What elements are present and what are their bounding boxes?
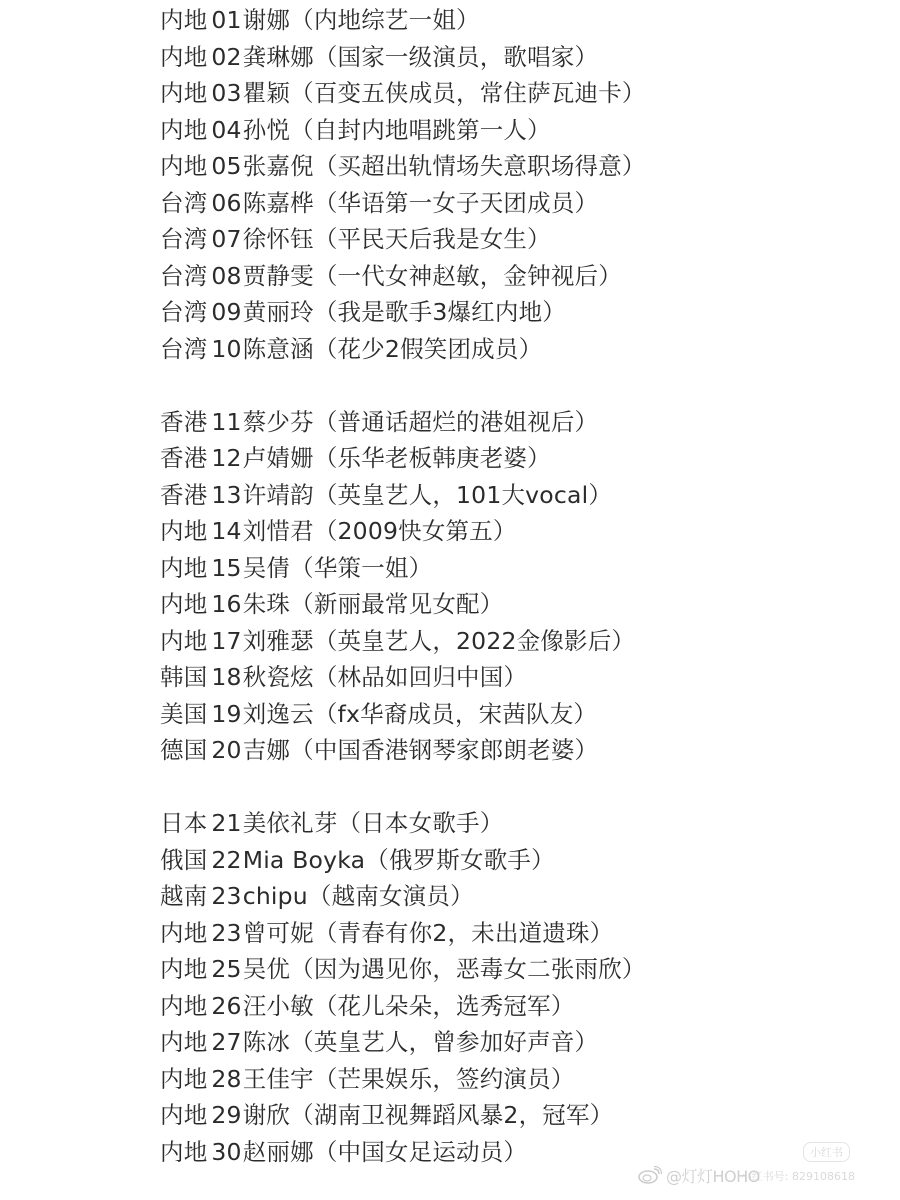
person-name: 赵丽娜 [243, 1138, 314, 1166]
note: （fx华裔成员，宋茜队友） [314, 700, 597, 728]
person-name: 吴优 [243, 955, 290, 983]
note: （乐华老板韩庚老婆） [314, 444, 551, 472]
item-number: 14 [211, 517, 241, 545]
note: （湖南卫视舞蹈风暴2，冠军） [290, 1101, 613, 1129]
region: 台湾 [160, 298, 207, 326]
item-number: 23 [211, 919, 241, 947]
list-item: 内地02龚琳娜（国家一级演员，歌唱家） [160, 39, 880, 76]
list-item: 香港13许靖韵（英皇艺人，101大vocal） [160, 477, 880, 514]
region: 内地 [160, 955, 207, 983]
list-item: 日本21美依礼芽（日本女歌手） [160, 805, 880, 842]
note: （一代女神赵敏，金钟视后） [314, 262, 622, 290]
item-number: 22 [211, 846, 241, 874]
person-name: 陈嘉桦 [243, 189, 314, 217]
region: 内地 [160, 919, 207, 947]
note: （花少2假笑团成员） [314, 335, 542, 363]
person-name: 秋瓷炫 [243, 663, 314, 691]
region: 台湾 [160, 225, 207, 253]
note: （中国香港钢琴家郎朗老婆） [290, 736, 598, 764]
item-number: 27 [211, 1028, 241, 1056]
item-number: 06 [211, 189, 241, 217]
region: 内地 [160, 79, 207, 107]
note: （华策一姐） [290, 554, 432, 582]
list-item: 内地03瞿颖（百变五侠成员，常住萨瓦迪卡） [160, 75, 880, 112]
region: 台湾 [160, 189, 207, 217]
item-number: 04 [211, 116, 241, 144]
person-name: 曾可妮 [243, 919, 314, 947]
region: 台湾 [160, 262, 207, 290]
item-number: 13 [211, 481, 241, 509]
person-name: 瞿颖 [243, 79, 290, 107]
list-item: 内地14刘惜君（2009快女第五） [160, 513, 880, 550]
person-name: 许靖韵 [243, 481, 314, 509]
note: （自封内地唱跳第一人） [290, 116, 551, 144]
item-number: 03 [211, 79, 241, 107]
item-number: 16 [211, 590, 241, 618]
item-number: 09 [211, 298, 241, 326]
region: 内地 [160, 6, 207, 34]
list-item: 内地28王佳宇（芒果娱乐，签约演员） [160, 1061, 880, 1098]
person-name: 徐怀钰 [243, 225, 314, 253]
weibo-watermark: @灯灯HOHO [630, 1160, 900, 1190]
item-number: 29 [211, 1101, 241, 1129]
person-name: chipu [243, 882, 308, 910]
note: （新丽最常见女配） [290, 590, 503, 618]
list-item: 内地26汪小敏（花儿朵朵，选秀冠军） [160, 988, 880, 1025]
region: 日本 [160, 809, 207, 837]
item-number: 05 [211, 152, 241, 180]
person-name: 张嘉倪 [243, 152, 314, 180]
note: （内地综艺一姐） [290, 6, 480, 34]
item-number: 15 [211, 554, 241, 582]
person-name: 陈冰 [243, 1028, 290, 1056]
note: （平民天后我是女生） [314, 225, 551, 253]
list-item: 内地01谢娜（内地综艺一姐） [160, 2, 880, 39]
note: （林品如回归中国） [314, 663, 527, 691]
note: （普通话超烂的港姐视后） [314, 408, 598, 436]
region: 内地 [160, 152, 207, 180]
region: 内地 [160, 992, 207, 1020]
region: 德国 [160, 736, 207, 764]
person-name: 谢欣 [243, 1101, 290, 1129]
region: 内地 [160, 517, 207, 545]
region: 内地 [160, 1138, 207, 1166]
weibo-handle: @灯灯HOHO [666, 1164, 760, 1187]
person-name: Mia Boyka [243, 846, 365, 874]
item-number: 18 [211, 663, 241, 691]
person-name: 龚琳娜 [243, 43, 314, 71]
note: （英皇艺人，曾参加好声音） [290, 1028, 598, 1056]
list-item: 台湾10陈意涵（花少2假笑团成员） [160, 331, 880, 368]
person-name: 陈意涵 [243, 335, 314, 363]
person-name: 刘惜君 [243, 517, 314, 545]
list-item: 内地16朱珠（新丽最常见女配） [160, 586, 880, 623]
note: （日本女歌手） [338, 809, 504, 837]
region: 香港 [160, 444, 207, 472]
item-number: 19 [211, 700, 241, 728]
person-name: 王佳宇 [243, 1065, 314, 1093]
region: 内地 [160, 554, 207, 582]
item-number: 01 [211, 6, 241, 34]
list-item: 德国20吉娜（中国香港钢琴家郎朗老婆） [160, 732, 880, 769]
person-name: 朱珠 [243, 590, 290, 618]
list-item: 台湾06陈嘉桦（华语第一女子天团成员） [160, 185, 880, 222]
item-number: 07 [211, 225, 241, 253]
region: 香港 [160, 481, 207, 509]
person-name: 孙悦 [243, 116, 290, 144]
list-item: 内地23曾可妮（青春有你2，未出道遗珠） [160, 915, 880, 952]
note: （2009快女第五） [314, 517, 517, 545]
note: （俄罗斯女歌手） [365, 846, 555, 874]
list-item: 香港12卢婧姗（乐华老板韩庚老婆） [160, 440, 880, 477]
person-name: 贾静雯 [243, 262, 314, 290]
list-item: 香港11蔡少芬（普通话超烂的港姐视后） [160, 404, 880, 441]
item-number: 23 [211, 882, 241, 910]
list-group-1: 内地01谢娜（内地综艺一姐） 内地02龚琳娜（国家一级演员，歌唱家） 内地03瞿… [160, 2, 880, 367]
note: （国家一级演员，歌唱家） [314, 43, 598, 71]
item-number: 10 [211, 335, 241, 363]
list-item: 内地27陈冰（英皇艺人，曾参加好声音） [160, 1024, 880, 1061]
region: 内地 [160, 1101, 207, 1129]
list-group-2: 香港11蔡少芬（普通话超烂的港姐视后） 香港12卢婧姗（乐华老板韩庚老婆） 香港… [160, 404, 880, 769]
region: 内地 [160, 116, 207, 144]
region: 内地 [160, 43, 207, 71]
person-name: 黄丽玲 [243, 298, 314, 326]
note: （中国女足运动员） [314, 1138, 527, 1166]
person-name: 谢娜 [243, 6, 290, 34]
list-item: 俄国22Mia Boyka（俄罗斯女歌手） [160, 842, 880, 879]
contestant-list: 内地01谢娜（内地综艺一姐） 内地02龚琳娜（国家一级演员，歌唱家） 内地03瞿… [160, 2, 880, 1170]
list-item: 内地17刘雅瑟（英皇艺人，2022金像影后） [160, 623, 880, 660]
weibo-logo-icon [638, 1166, 662, 1184]
list-item: 美国19刘逸云（fx华裔成员，宋茜队友） [160, 696, 880, 733]
item-number: 30 [211, 1138, 241, 1166]
region: 内地 [160, 1028, 207, 1056]
person-name: 吴倩 [243, 554, 290, 582]
item-number: 02 [211, 43, 241, 71]
region: 美国 [160, 700, 207, 728]
person-name: 吉娜 [243, 736, 290, 764]
item-number: 12 [211, 444, 241, 472]
note: （花儿朵朵，选秀冠军） [314, 992, 575, 1020]
note: （百变五侠成员，常住萨瓦迪卡） [290, 79, 646, 107]
region: 台湾 [160, 335, 207, 363]
xiaohongshu-watermark-label: 小红书 [803, 1142, 850, 1162]
list-item: 内地15吴倩（华策一姐） [160, 550, 880, 587]
item-number: 21 [211, 809, 241, 837]
region: 韩国 [160, 663, 207, 691]
region: 香港 [160, 408, 207, 436]
person-name: 汪小敏 [243, 992, 314, 1020]
person-name: 刘雅瑟 [243, 627, 314, 655]
list-item: 越南23chipu（越南女演员） [160, 878, 880, 915]
list-item: 台湾07徐怀钰（平民天后我是女生） [160, 221, 880, 258]
list-item: 内地29谢欣（湖南卫视舞蹈风暴2，冠军） [160, 1097, 880, 1134]
person-name: 蔡少芬 [243, 408, 314, 436]
note: （买超出轨情场失意职场得意） [314, 152, 646, 180]
region: 越南 [160, 882, 207, 910]
item-number: 28 [211, 1065, 241, 1093]
list-item: 韩国18秋瓷炫（林品如回归中国） [160, 659, 880, 696]
item-number: 20 [211, 736, 241, 764]
person-name: 美依礼芽 [243, 809, 338, 837]
item-number: 11 [211, 408, 241, 436]
list-item: 内地05张嘉倪（买超出轨情场失意职场得意） [160, 148, 880, 185]
list-item: 内地25吴优（因为遇见你，恶毒女二张雨欣） [160, 951, 880, 988]
region: 内地 [160, 1065, 207, 1093]
note: （越南女演员） [308, 882, 474, 910]
item-number: 08 [211, 262, 241, 290]
person-name: 刘逸云 [243, 700, 314, 728]
item-number: 17 [211, 627, 241, 655]
note: （英皇艺人，101大vocal） [314, 481, 612, 509]
region: 内地 [160, 627, 207, 655]
list-item: 内地04孙悦（自封内地唱跳第一人） [160, 112, 880, 149]
person-name: 卢婧姗 [243, 444, 314, 472]
list-item: 台湾08贾静雯（一代女神赵敏，金钟视后） [160, 258, 880, 295]
list-group-3: 日本21美依礼芽（日本女歌手） 俄国22Mia Boyka（俄罗斯女歌手） 越南… [160, 805, 880, 1170]
item-number: 25 [211, 955, 241, 983]
region: 俄国 [160, 846, 207, 874]
note: （英皇艺人，2022金像影后） [314, 627, 635, 655]
region: 内地 [160, 590, 207, 618]
note: （芒果娱乐，签约演员） [314, 1065, 575, 1093]
note: （我是歌手3爆红内地） [314, 298, 566, 326]
note: （华语第一女子天团成员） [314, 189, 598, 217]
item-number: 26 [211, 992, 241, 1020]
list-item: 台湾09黄丽玲（我是歌手3爆红内地） [160, 294, 880, 331]
note: （因为遇见你，恶毒女二张雨欣） [290, 955, 646, 983]
note: （青春有你2，未出道遗珠） [314, 919, 614, 947]
